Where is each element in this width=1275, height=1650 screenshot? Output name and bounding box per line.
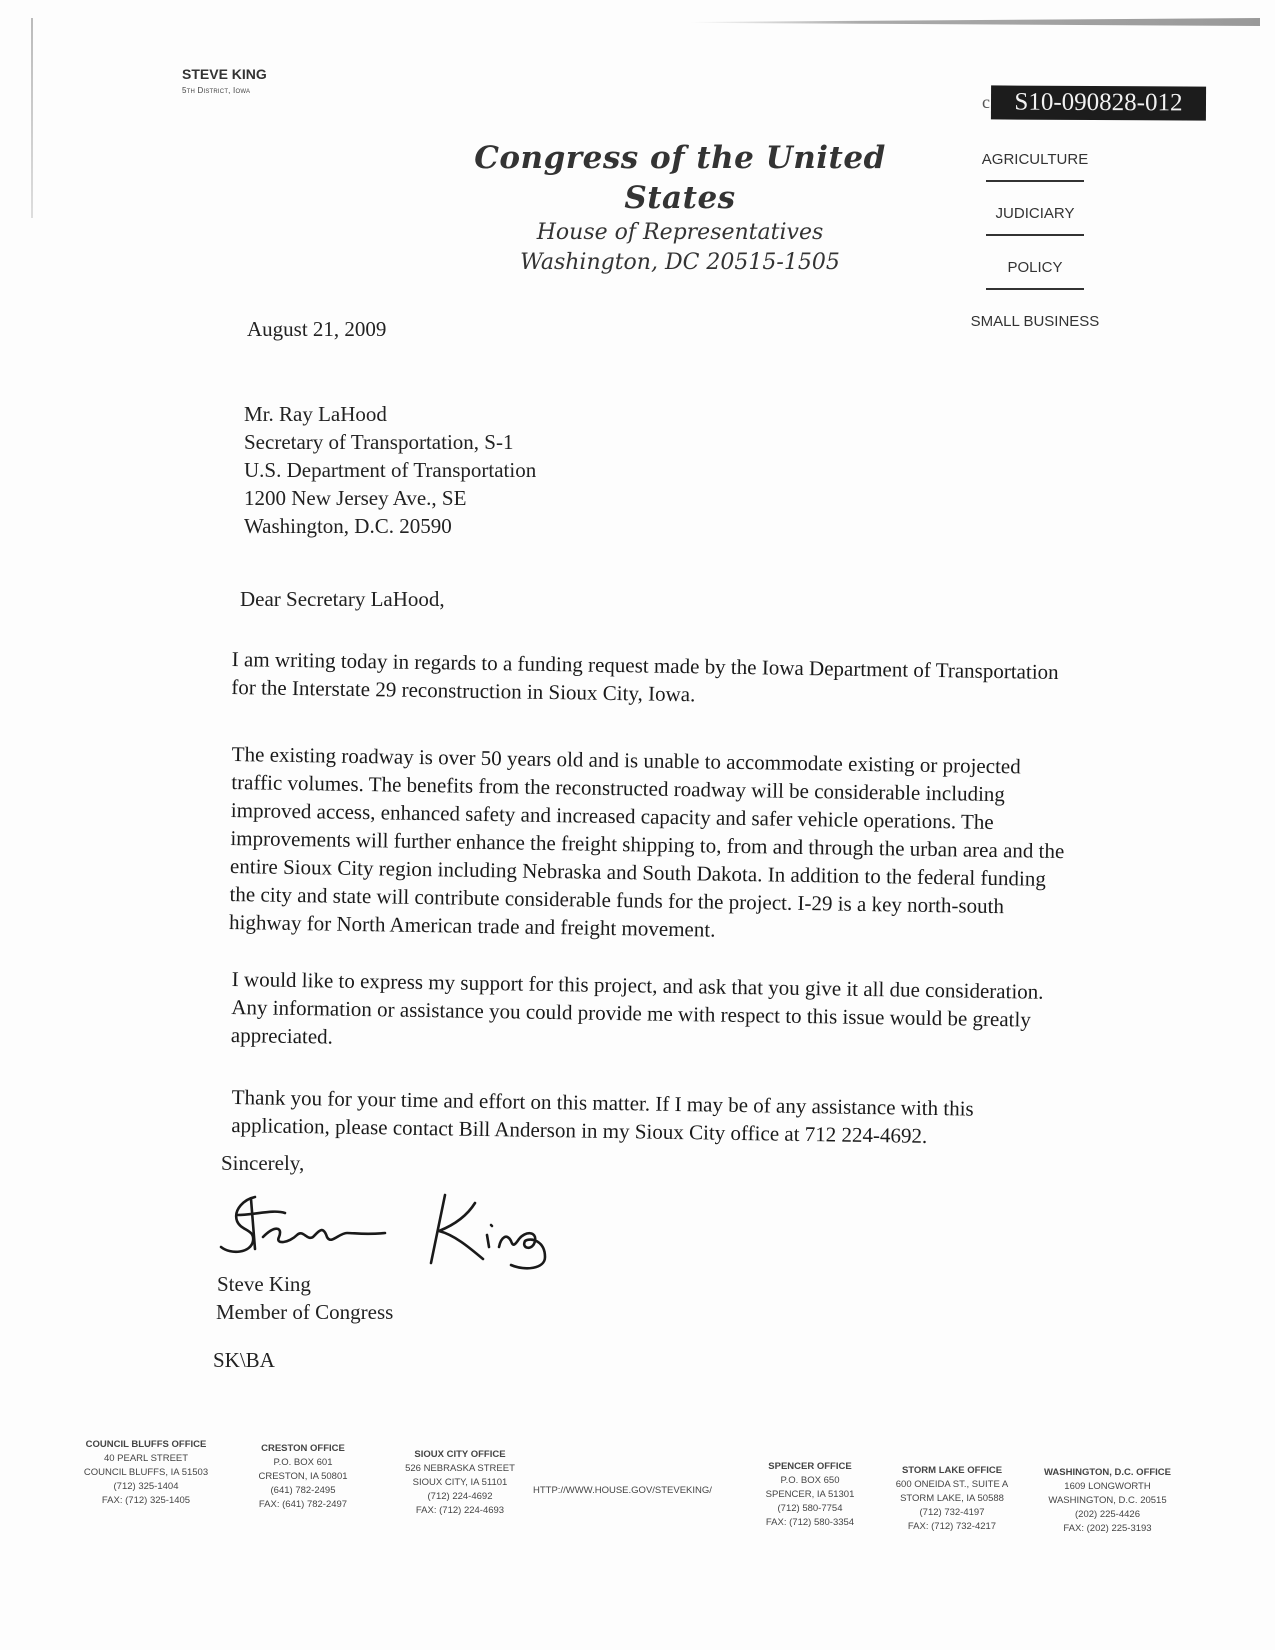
body-paragraph: I am writing today in regards to a fundi… — [231, 645, 1072, 714]
committee-judiciary: JUDICIARY — [955, 202, 1115, 234]
letterhead-title: Congress of the United States — [430, 138, 930, 218]
office-spencer: SPENCER OFFICE P.O. BOX 650 SPENCER, IA … — [755, 1460, 865, 1530]
body-paragraph: I would like to express my support for t… — [231, 965, 1072, 1062]
recipient-address: Mr. Ray LaHood Secretary of Transportati… — [244, 400, 536, 540]
salutation: Dear Secretary LaHood, — [240, 587, 445, 612]
body-paragraph: Thank you for your time and effort on th… — [231, 1083, 1072, 1152]
doc-id-mark: c — [982, 92, 990, 113]
letterhead-subtitle: House of Representatives — [430, 218, 930, 248]
recipient-line: U.S. Department of Transportation — [244, 456, 536, 484]
closing: Sincerely, — [221, 1151, 304, 1176]
document-id-stamp: S10-090828-012 — [991, 85, 1206, 120]
divider — [986, 234, 1084, 236]
signer-title: Member of Congress — [216, 1300, 393, 1325]
scan-edge-mark — [31, 18, 33, 218]
recipient-line: 1200 New Jersey Ave., SE — [244, 484, 536, 512]
website-link[interactable]: HTTP://WWW.HOUSE.GOV/STEVEKING/ — [533, 1484, 712, 1498]
recipient-line: Mr. Ray LaHood — [244, 400, 536, 428]
committee-policy: POLICY — [955, 256, 1115, 288]
letterhead-city: Washington, DC 20515-1505 — [430, 248, 930, 278]
typist-initials: SK\BA — [213, 1348, 275, 1373]
scan-top-mark — [690, 18, 1260, 26]
letter-page: STEVE KING 5th District, Iowa Congress o… — [0, 0, 1275, 1650]
member-district: 5th District, Iowa — [182, 86, 250, 95]
divider — [986, 288, 1084, 290]
member-name: STEVE KING — [182, 66, 267, 82]
divider — [986, 180, 1084, 182]
committee-agriculture: AGRICULTURE — [955, 148, 1115, 180]
office-washington-dc: WASHINGTON, D.C. OFFICE 1609 LONGWORTH W… — [1035, 1466, 1180, 1536]
recipient-line: Secretary of Transportation, S-1 — [244, 428, 536, 456]
letterhead: Congress of the United States House of R… — [430, 138, 930, 278]
office-creston: CRESTON OFFICE P.O. BOX 601 CRESTON, IA … — [248, 1442, 358, 1512]
committee-list: AGRICULTURE JUDICIARY POLICY SMALL BUSIN… — [955, 148, 1115, 342]
signature-image — [215, 1185, 595, 1275]
letter-date: August 21, 2009 — [247, 317, 386, 342]
office-storm-lake: STORM LAKE OFFICE 600 ONEIDA ST., SUITE … — [887, 1464, 1017, 1534]
office-council-bluffs: COUNCIL BLUFFS OFFICE 40 PEARL STREET CO… — [76, 1438, 216, 1508]
office-sioux-city: SIOUX CITY OFFICE 526 NEBRASKA STREET SI… — [395, 1448, 525, 1518]
committee-small-business: SMALL BUSINESS — [955, 310, 1115, 342]
signer-name: Steve King — [217, 1272, 311, 1297]
body-paragraph: The existing roadway is over 50 years ol… — [229, 740, 1072, 949]
footer-offices: COUNCIL BLUFFS OFFICE 40 PEARL STREET CO… — [0, 1438, 1275, 1548]
recipient-line: Washington, D.C. 20590 — [244, 512, 536, 540]
